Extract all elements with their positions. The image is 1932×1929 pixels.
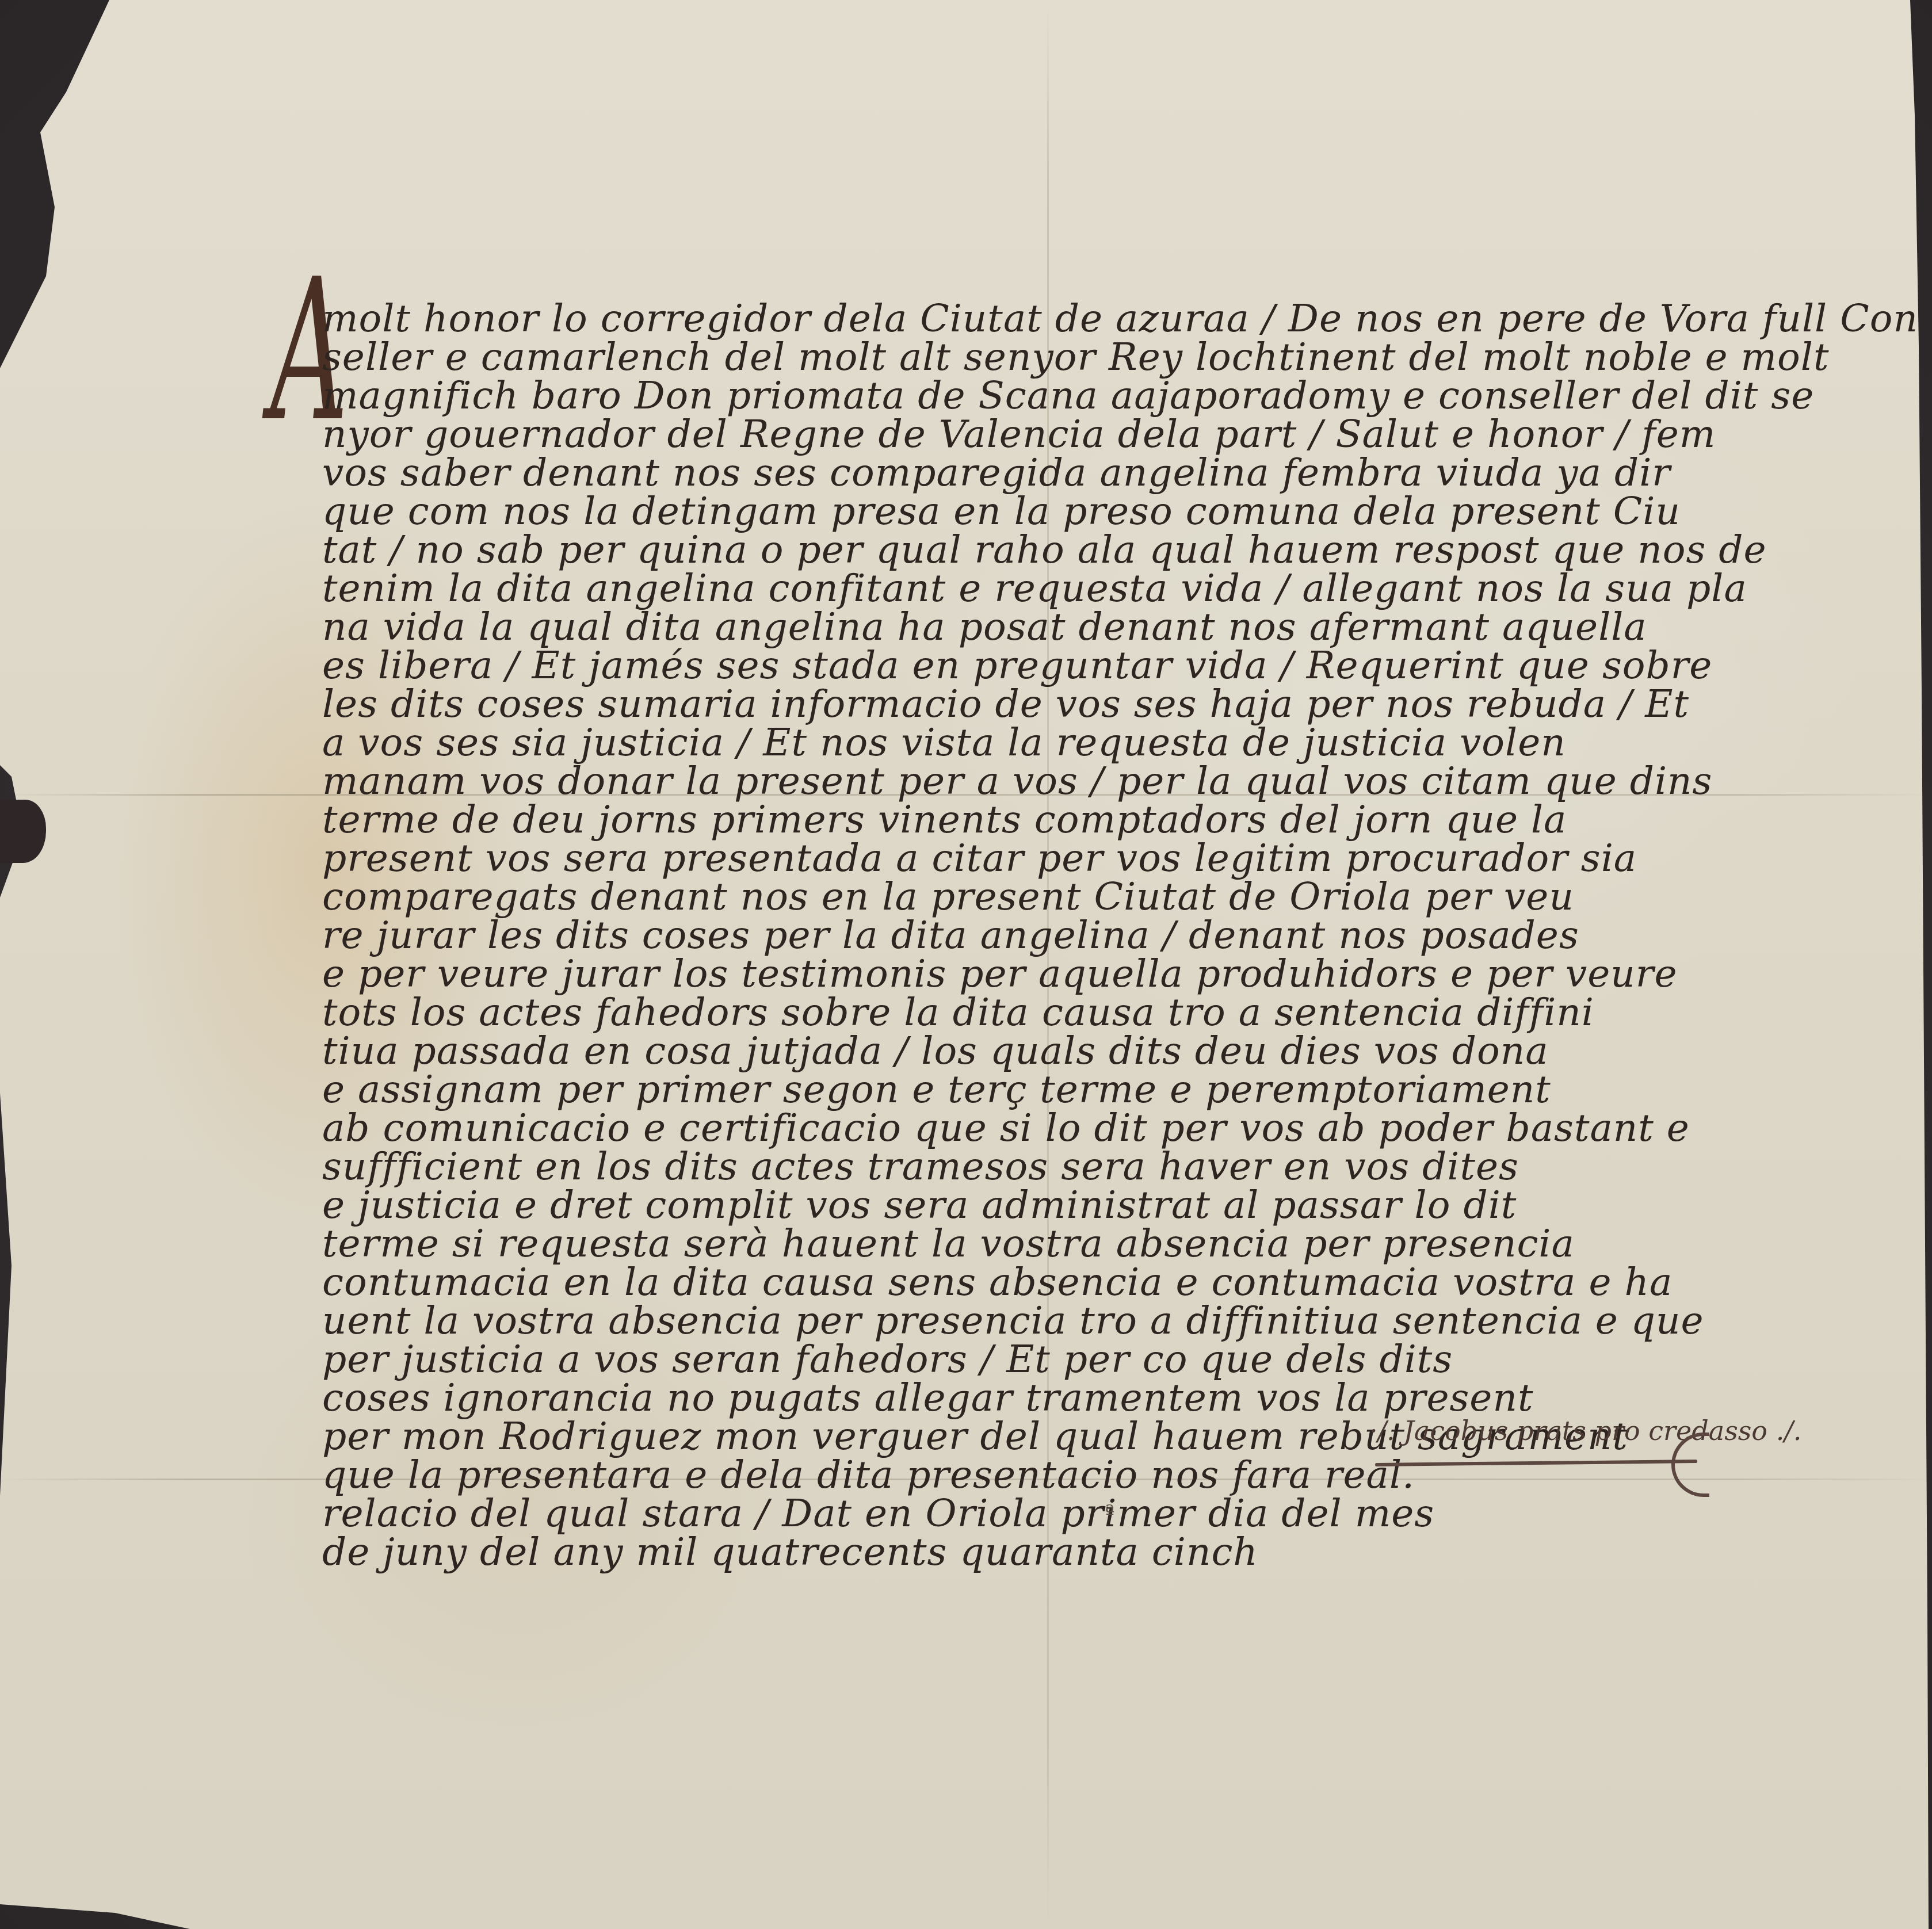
- text-line: ab comunicacio e certificacio que si lo …: [322, 1109, 1864, 1147]
- text-line: terme de deu jorns primers vinents compt…: [322, 800, 1864, 839]
- text-line: les dits coses sumaria informacio de vos…: [322, 685, 1864, 723]
- text-line: tiua passada en cosa jutjada / los quals…: [322, 1032, 1864, 1070]
- scan-background: A molt honor lo corregidor dela Ciutat d…: [0, 0, 1932, 1929]
- text-line: coses ignorancia no pugats allegar trame…: [322, 1378, 1864, 1417]
- text-line: a vos ses sia justicia / Et nos vista la…: [322, 723, 1864, 762]
- text-line: nyor gouernador del Regne de Valencia de…: [322, 415, 1864, 453]
- text-line: suffficient en los dits actes tramesos s…: [322, 1147, 1864, 1186]
- text-line: es libera / Et jamés ses stada en pregun…: [322, 646, 1864, 685]
- text-line: vos saber denant nos ses comparegida ang…: [322, 453, 1864, 492]
- text-line: magnifich baro Don priomata de Scana aaj…: [322, 376, 1864, 415]
- text-line: manam vos donar la present per a vos / p…: [322, 762, 1864, 800]
- letter-body: molt honor lo corregidor dela Ciutat de …: [322, 299, 1864, 1571]
- text-line: seller e camarlench del molt alt senyor …: [322, 338, 1864, 376]
- text-line: re jurar les dits coses per la dita ange…: [322, 916, 1864, 954]
- text-line: na vida la qual dita angelina ha posat d…: [322, 608, 1864, 646]
- text-line: e assignam per primer segon e terç terme…: [322, 1070, 1864, 1109]
- text-line: e per veure jurar los testimonis per aqu…: [322, 954, 1864, 993]
- text-line: per justicia a vos seran fahedors / Et p…: [322, 1340, 1864, 1378]
- notary-signature: ·/. Jacobus prats pro credasso ./.: [1369, 1415, 1801, 1446]
- text-line: present vos sera presentada a citar per …: [322, 839, 1864, 877]
- text-line: de juny del any mil quatrecents quaranta…: [322, 1533, 1864, 1571]
- text-line: tots los actes fahedors sobre la dita ca…: [322, 993, 1864, 1032]
- text-line: relacio del qual stara / Dat en Oriola p…: [322, 1494, 1864, 1533]
- edge-damage-blot: [0, 800, 46, 863]
- text-line: uent la vostra absencia per presencia tr…: [322, 1301, 1864, 1340]
- text-line: terme si requesta serà hauent la vostra …: [322, 1224, 1864, 1263]
- text-line: molt honor lo corregidor dela Ciutat de …: [322, 299, 1864, 338]
- text-line: tat / no sab per quina o per qual raho a…: [322, 530, 1864, 569]
- text-line: contumacia en la dita causa sens absenci…: [322, 1263, 1864, 1301]
- text-line: e justicia e dret complit vos sera admin…: [322, 1186, 1864, 1224]
- text-line: tenim la dita angelina confitant e reque…: [322, 569, 1864, 608]
- margin-mark: ª: [1105, 1502, 1114, 1525]
- text-line: comparegats denant nos en la present Ciu…: [322, 877, 1864, 916]
- text-line: que com nos la detingam presa en la pres…: [322, 492, 1864, 530]
